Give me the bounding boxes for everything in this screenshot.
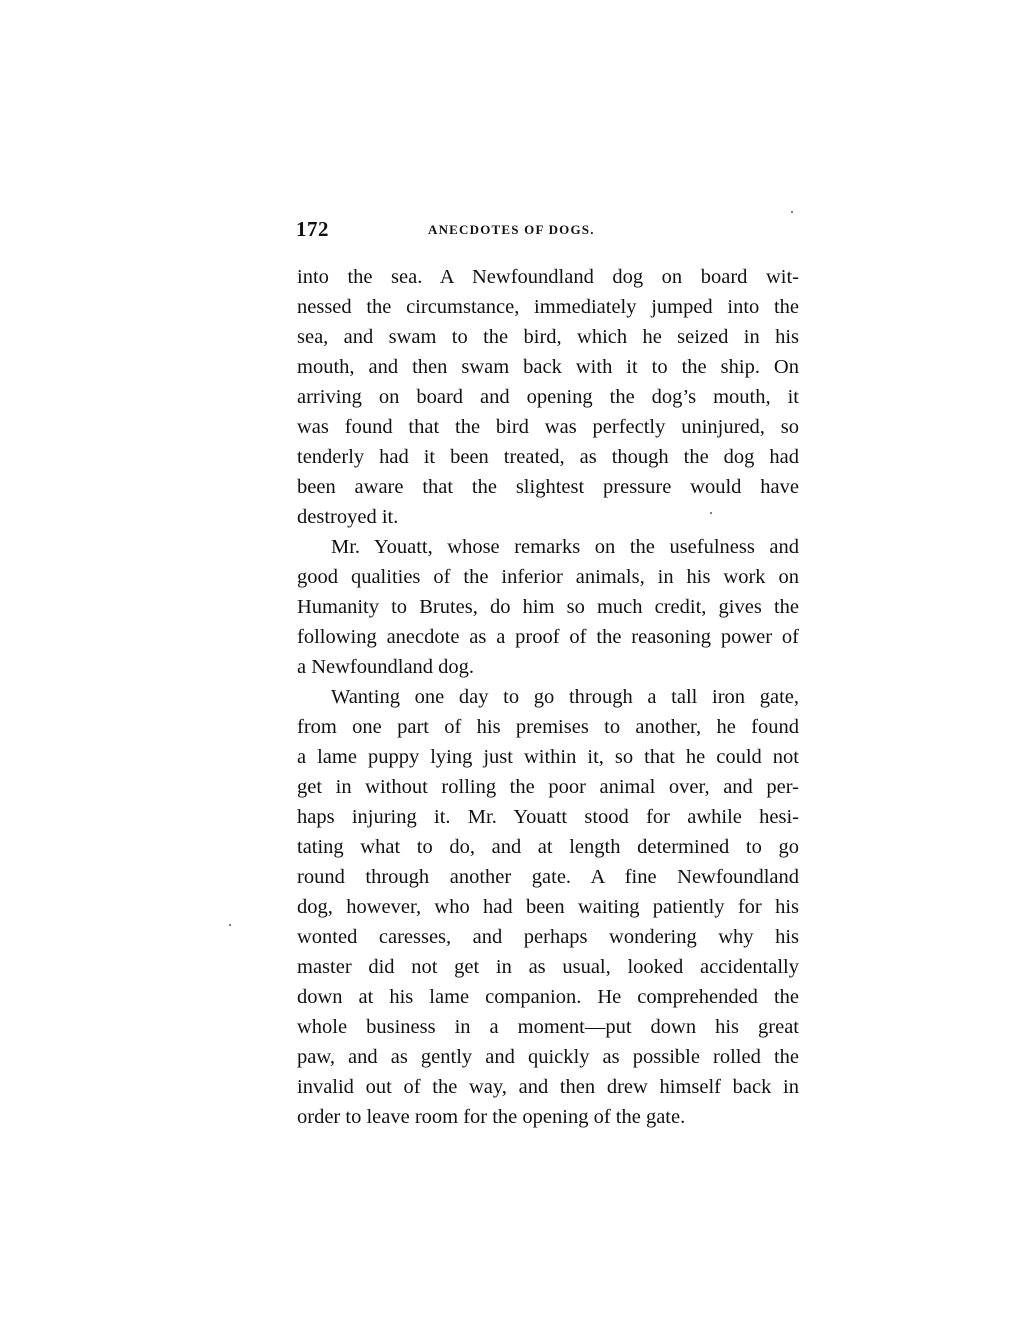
text-line: paw, and as gently and quickly as possib… <box>297 1042 799 1072</box>
text-line: invalid out of the way, and then drew hi… <box>297 1072 799 1102</box>
text-line: Mr. Youatt, whose remarks on the usefuln… <box>297 532 799 562</box>
running-title: ANECDOTES OF DOGS. <box>428 222 595 238</box>
text-line: order to leave room for the opening of t… <box>297 1102 799 1132</box>
text-line: dog, however, who had been waiting patie… <box>297 892 799 922</box>
page-header: 172 ANECDOTES OF DOGS. <box>296 217 800 243</box>
text-line: down at his lame companion. He comprehen… <box>297 982 799 1012</box>
scan-speck <box>229 924 231 926</box>
text-line: destroyed it. <box>297 502 799 532</box>
text-line: was found that the bird was perfectly un… <box>297 412 799 442</box>
book-page: 172 ANECDOTES OF DOGS. into the sea. A N… <box>0 0 1033 1339</box>
paragraph: Mr. Youatt, whose remarks on the usefuln… <box>297 532 799 682</box>
text-line: tenderly had it been treated, as though … <box>297 442 799 472</box>
text-line: a lame puppy lying just within it, so th… <box>297 742 799 772</box>
paragraph: Wanting one day to go through a tall iro… <box>297 682 799 1132</box>
page-number: 172 <box>296 217 329 242</box>
text-line: round through another gate. A fine Newfo… <box>297 862 799 892</box>
text-line: from one part of his premises to another… <box>297 712 799 742</box>
text-line: arriving on board and opening the dog’s … <box>297 382 799 412</box>
paragraph: into the sea. A Newfoundland dog on boar… <box>297 262 799 532</box>
text-line: wonted caresses, and perhaps wondering w… <box>297 922 799 952</box>
text-line: sea, and swam to the bird, which he seiz… <box>297 322 799 352</box>
text-line: get in without rolling the poor animal o… <box>297 772 799 802</box>
text-line: mouth, and then swam back with it to the… <box>297 352 799 382</box>
scan-speck <box>791 211 793 213</box>
text-line: Wanting one day to go through a tall iro… <box>297 682 799 712</box>
text-line: whole business in a moment—put down his … <box>297 1012 799 1042</box>
text-line: into the sea. A Newfoundland dog on boar… <box>297 262 799 292</box>
text-line: master did not get in as usual, looked a… <box>297 952 799 982</box>
text-line: nessed the circumstance, immediately jum… <box>297 292 799 322</box>
text-line: following anecdote as a proof of the rea… <box>297 622 799 652</box>
text-line: a Newfoundland dog. <box>297 652 799 682</box>
text-line: good qualities of the inferior animals, … <box>297 562 799 592</box>
body-text: into the sea. A Newfoundland dog on boar… <box>297 262 799 1132</box>
text-line: tating what to do, and at length determi… <box>297 832 799 862</box>
scan-speck <box>710 512 712 514</box>
text-line: Humanity to Brutes, do him so much credi… <box>297 592 799 622</box>
text-line: been aware that the slightest pressure w… <box>297 472 799 502</box>
text-line: haps injuring it. Mr. Youatt stood for a… <box>297 802 799 832</box>
